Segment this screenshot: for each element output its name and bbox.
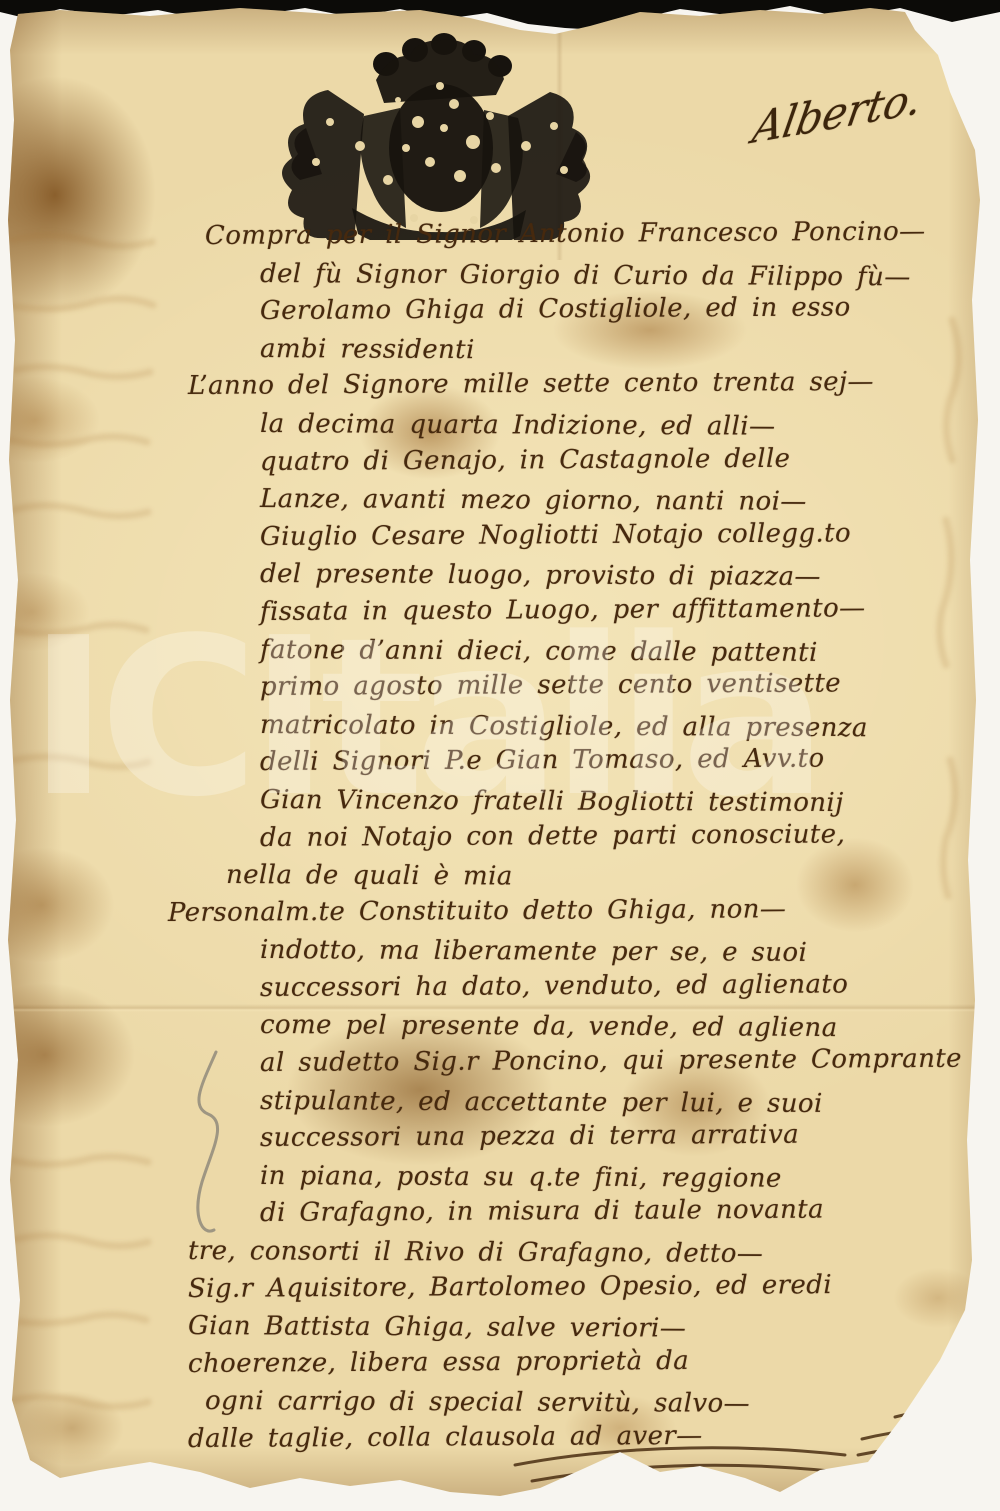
manuscript-paper: Alberto. Compra per il Signor Antonio Fr…: [0, 0, 1000, 1511]
verso-bleedthrough: [0, 200, 1000, 1460]
scanned-document: Alberto. Compra per il Signor Antonio Fr…: [0, 0, 1000, 1511]
top-right-annotation: Alberto.: [749, 67, 955, 153]
